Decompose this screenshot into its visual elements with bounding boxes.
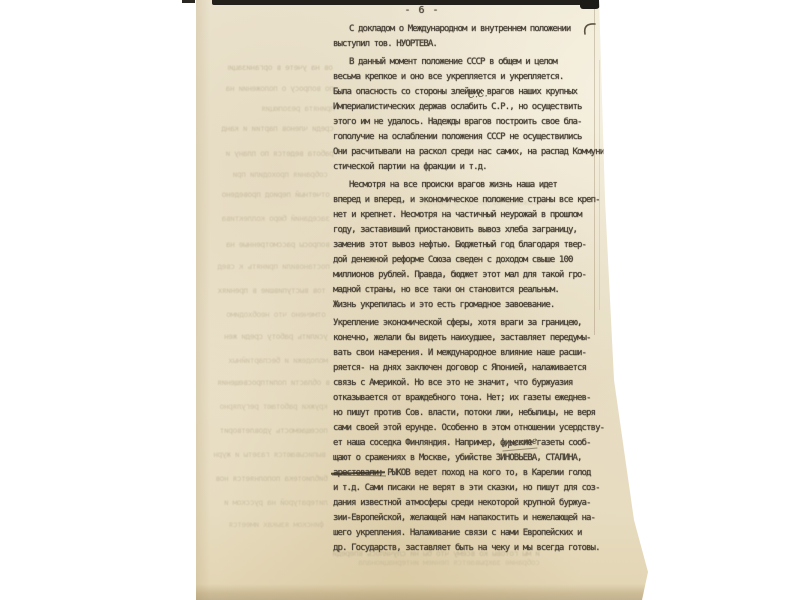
scanned-document-view: ов на учете в организациипо вопросу о по…: [0, 0, 800, 600]
text-line: Империалистических держав ослабить С.Р.,…: [333, 100, 585, 115]
text-line: и т.д. Сами писаки не верят в эти сказки…: [333, 481, 585, 496]
bleedthrough-text: тов выступившие в прениях: [208, 286, 326, 296]
text-line: нет и крепнет. Несмотря на частичный неу…: [333, 208, 585, 223]
page-bottom-edge-shadow: [196, 584, 648, 600]
text-line: др. Государств, заставляет быть на чеку …: [333, 541, 585, 556]
scan-corner-shadow: [580, 0, 600, 9]
bleedthrough-text: по вопросу о положении на: [214, 84, 334, 94]
text-line: дой денежной реформе Союза сведен с дохо…: [333, 253, 585, 268]
text-line: зии-Европейской, желающей нам напакостит…: [333, 511, 585, 526]
text-line: выступил тов. НУОРТЕВА.: [333, 37, 585, 52]
paragraph: В данный момент положение СССР в общем и…: [333, 55, 585, 175]
bleedthrough-text: посещаемость удовлетворит: [204, 426, 328, 436]
text-line: миллионов рублей. Правда, бюджет этот ма…: [333, 268, 585, 283]
text-line: щают о сражениях в Москве, убийстве ЗИНО…: [333, 451, 585, 466]
bleedthrough-text: литературой на русском и: [208, 498, 328, 508]
text-line: конечно, желали бы видеть наихудшее, зас…: [333, 331, 585, 346]
text-line: С докладом о Международном и внутреннем …: [333, 22, 585, 37]
bleedthrough-text: отчетный период проведено: [204, 190, 330, 200]
text-line: дания известной атмосферы среди некоторо…: [333, 496, 585, 511]
text-line: Жизнь укрепилась и это есть громадное за…: [333, 298, 585, 313]
bleedthrough-text: собрание закрывается пением интернациона…: [310, 558, 540, 568]
document-page: ов на учете в организациипо вопросу о по…: [196, 0, 648, 600]
text-line: связь с Америкой. Но все это не значит, …: [333, 376, 585, 391]
text-line: году, заставивший приостановить вывоз хл…: [333, 223, 585, 238]
handwritten-correction-ss: С.С.: [468, 89, 488, 101]
bleedthrough-text: отмечено что необходимо: [214, 310, 326, 320]
bleedthrough-text: вопросы рассмотренные на: [222, 240, 330, 250]
page-number: - 6 -: [396, 5, 448, 16]
text-line: Была опасность со стороны злейших врагов…: [333, 85, 585, 100]
text-line: арестовали; РЫКОВ ведет поход на кого то…: [333, 466, 585, 481]
bleedthrough-text: собрания проходили при: [228, 170, 328, 180]
bleedthrough-text: молодежи и беспартийных: [212, 356, 328, 366]
bleedthrough-text: заседаний бюро коллектива: [210, 214, 330, 224]
text-line: Укрепление экономической сферы, хотя вра…: [333, 316, 585, 331]
bleedthrough-text: работа ведется по плану и: [216, 149, 334, 159]
text-line: ет наша соседка Финляндия. Например, фин…: [333, 436, 585, 451]
text-line: вать свои намерения. И международное вли…: [333, 346, 585, 361]
bleedthrough-text: кружки работают регулярно: [216, 402, 328, 412]
bleedthrough-text: среди членов партии и канд: [206, 124, 334, 134]
bleedthrough-text: выписываются газеты и журн: [210, 450, 326, 460]
text-line: сами своей этой ерунде. Особенно в этом …: [333, 421, 585, 436]
paragraph: Несмотря на все происки врагов жизнь наш…: [333, 178, 585, 313]
bleedthrough-text: в области политпросвещения: [206, 378, 330, 388]
paper-crease-light: [599, 60, 600, 310]
text-line: Несмотря на все происки врагов жизнь наш…: [333, 178, 585, 193]
bleedthrough-text: ов на учете в организации: [228, 63, 333, 73]
text-line: шего укрепления. Налаживание связи с нам…: [333, 526, 585, 541]
paper-crease: [594, 0, 595, 335]
bleedthrough-text: постановили принять к свед: [200, 262, 330, 272]
paragraph: С докладом о Международном и внутреннем …: [333, 22, 585, 52]
text-line: стической партии на фракции и т.д.: [333, 160, 585, 175]
text-line: мадной страны, но все таки он становится…: [333, 283, 585, 298]
text-line: ряется- на днях заключен договор с Япони…: [333, 361, 585, 376]
text-line: но пишут против Сов. власти, потоки лжи,…: [333, 406, 585, 421]
page-corner-curl-icon: [582, 20, 598, 36]
bleedthrough-text: принята резолюция: [240, 104, 335, 114]
text-line: вперед и вперед, и экономическое положен…: [333, 193, 585, 208]
bleedthrough-text: усилить работу среди жен: [204, 332, 328, 342]
scan-top-shadow: [212, 0, 594, 5]
text-line: Они расчитывали на раскол среди нас сами…: [333, 145, 585, 160]
text-line: заменив этот вывоз нефтью. Бюджетный год…: [333, 238, 585, 253]
text-line: этого им не удалось. Надежды врагов пост…: [333, 115, 585, 130]
document-text: С докладом о Международном и внутреннем …: [333, 22, 585, 556]
text-line: отказывается от враждебного тона. Нет; и…: [333, 391, 585, 406]
text-line: гополучие на ослаблении положения СССР н…: [333, 130, 585, 145]
scan-edge-fragment: [182, 0, 195, 3]
text-line: В данный момент положение СССР в общем и…: [333, 55, 585, 70]
struck-out-word: арестовали;: [333, 466, 383, 481]
bleedthrough-text: финском языках имеется: [214, 520, 324, 530]
text-line: весьма крепкое и оно все укрепляется и у…: [333, 70, 585, 85]
paragraph: Укрепление экономической сферы, хотя вра…: [333, 316, 585, 556]
